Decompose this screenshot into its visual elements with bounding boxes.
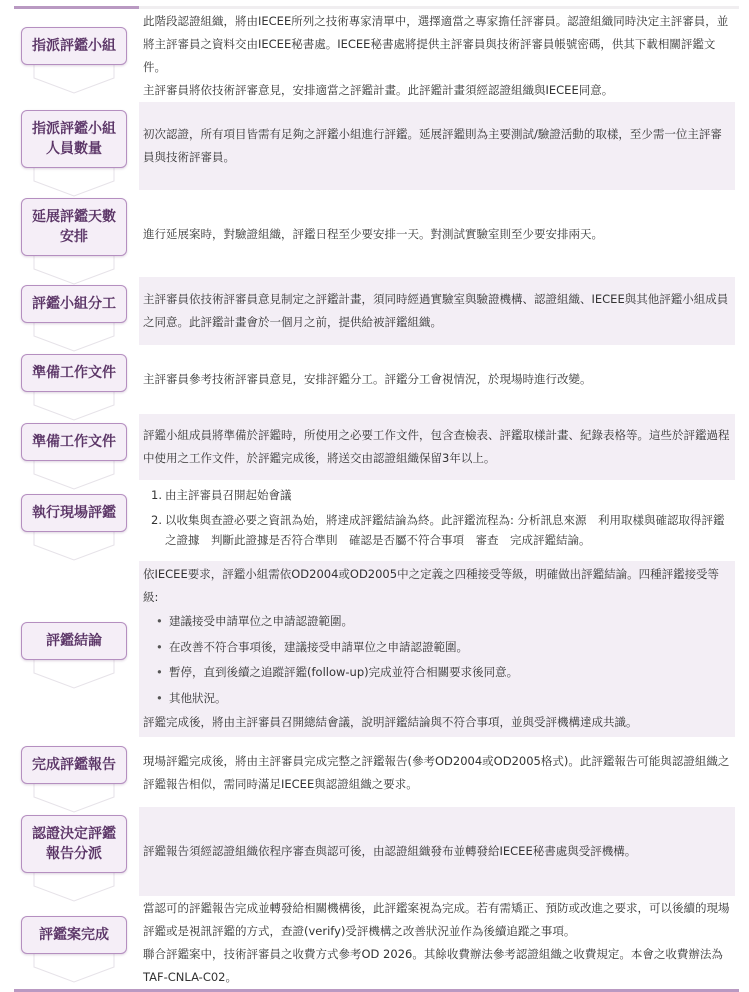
- list-item: 其他狀況。: [143, 686, 731, 712]
- paragraph: 主評審員將依技術評審意見，安排適當之評鑑計畫。此評鑑計畫須經認證組織與IECEE…: [143, 79, 731, 102]
- step-description: 1.由主評審員召開起始會議 2.以收集與查證必要之資訊為始，將達成評鑑結論為終。…: [139, 484, 735, 556]
- paragraph: 聯合評鑑案中，技術評審員之收費方式參考OD 2026。其餘收費辦法參考認證組織之…: [143, 943, 731, 989]
- step-description: 此階段認證組織，將由IECEE所列之技術專家清單中，選擇適當之專家擔任評審員。認…: [139, 10, 735, 98]
- paragraph: 進行延展案時，對驗證組織，評鑑日程至少要安排一天。對測試實驗室則至少要安排兩天。: [139, 223, 607, 246]
- list-item: 暫停，直到後續之追蹤評鑑(follow-up)完成並符合相關要求後同意。: [143, 660, 731, 686]
- step-label-team-division: 評鑑小組分工: [21, 285, 127, 323]
- paragraph: 初次認證，所有項目皆需有足夠之評鑑小組進行評鑑。延展評鑑則為主要測試/驗證活動的…: [139, 123, 735, 169]
- chevron-down-icon: [33, 391, 115, 421]
- step-label-extension-days: 延展評鑑天數安排: [21, 198, 127, 256]
- step-description: 當認可的評鑑報告完成並轉發給相關機構後，此評鑑案視為完成。若有需矯正、預防或改進…: [139, 897, 735, 987]
- step-label-team-size: 指派評鑑小組人員數量: [21, 110, 127, 168]
- step-label-onsite-assessment: 執行現場評鑑: [21, 494, 127, 532]
- step-description: 評鑑報告須經認證組織依程序審查與認可後，由認證組織發布並轉發給IECEE秘書處與…: [139, 807, 735, 896]
- step-label-conclusion: 評鑑結論: [21, 622, 127, 660]
- step-description: 初次認證，所有項目皆需有足夠之評鑑小組進行評鑑。延展評鑑則為主要測試/驗證活動的…: [139, 102, 735, 190]
- chevron-down-icon: [33, 783, 115, 813]
- paragraph: 依IECEE要求，評鑑小組需依OD2004或OD2005中之定義之四種接受等級，…: [143, 563, 731, 609]
- chevron-down-icon: [33, 872, 115, 902]
- step-label-decision-distribution: 認證決定評鑑報告分派: [21, 815, 127, 873]
- chevron-down-icon: [33, 460, 115, 490]
- step-label-complete-report: 完成評鑑報告: [21, 746, 127, 784]
- paragraph: 主評審員依技術評審員意見制定之評鑑計畫，須同時經過實驗室與驗證機構、認證組織、I…: [139, 288, 735, 334]
- step-description: 進行延展案時，對驗證組織，評鑑日程至少要安排一天。對測試實驗室則至少要安排兩天。: [139, 192, 735, 276]
- ordered-list: 1.由主評審員召開起始會議 2.以收集與查證必要之資訊為始，將達成評鑑結論為終。…: [139, 484, 735, 550]
- list-item: 建議接受申請單位之申請認證範圍。: [143, 609, 731, 635]
- list-item: 在改善不符合事項後，建議接受申請單位之申請認證範圍。: [143, 635, 731, 661]
- chevron-down-icon: [33, 531, 115, 561]
- top-divider: [14, 6, 739, 9]
- bullet-list: 建議接受申請單位之申請認證範圍。 在改善不符合事項後，建議接受申請單位之申請認證…: [143, 609, 731, 711]
- chevron-down-icon: [33, 659, 115, 689]
- step-description: 依IECEE要求，評鑑小組需依OD2004或OD2005中之定義之四種接受等級，…: [139, 561, 735, 737]
- paragraph: 當認可的評鑑報告完成並轉發給相關機構後，此評鑑案視為完成。若有需矯正、預防或改進…: [143, 897, 731, 943]
- step-label-assign-team: 指派評鑑小組: [21, 27, 127, 65]
- chevron-down-icon: [33, 255, 115, 285]
- paragraph: 此階段認證組織，將由IECEE所列之技術專家清單中，選擇適當之專家擔任評審員。認…: [143, 10, 731, 79]
- step-label-prepare-docs: 準備工作文件: [21, 354, 127, 392]
- top-divider-accent: [14, 6, 139, 9]
- paragraph: 評鑑報告須經認證組織依程序審查與認可後，由認證組織發布並轉發給IECEE秘書處與…: [139, 840, 640, 863]
- step-label-prepare-docs: 準備工作文件: [21, 423, 127, 461]
- paragraph: 現場評鑑完成後，將由主評審員完成完整之評鑑報告(參考OD2004或OD2005格…: [139, 750, 735, 796]
- paragraph: 評鑑小組成員將準備於評鑑時，所使用之必要工作文件，包含查檢表、評鑑取樣計畫、紀錄…: [139, 424, 735, 470]
- step-label-case-complete: 評鑑案完成: [21, 916, 127, 954]
- list-item: 2.以收集與查證必要之資訊為始，將達成評鑑結論為終。此評鑑流程為: 分析訊息來源…: [143, 510, 731, 550]
- step-description: 主評審員參考技術評審員意見，安排評鑑分工。評鑑分工會視情況，於現場時進行改變。: [139, 348, 735, 410]
- chevron-down-icon: [33, 953, 115, 983]
- step-description: 現場評鑑完成後，將由主評審員完成完整之評鑑報告(參考OD2004或OD2005格…: [139, 740, 735, 806]
- chevron-down-icon: [33, 322, 115, 352]
- paragraph: 主評審員參考技術評審員意見，安排評鑑分工。評鑑分工會視情況，於現場時進行改變。: [139, 368, 596, 391]
- chevron-down-icon: [33, 167, 115, 197]
- chevron-down-icon: [33, 64, 115, 94]
- step-description: 主評審員依技術評審員意見制定之評鑑計畫，須同時經過實驗室與驗證機構、認證組織、I…: [139, 277, 735, 345]
- step-description: 評鑑小組成員將準備於評鑑時，所使用之必要工作文件，包含查檢表、評鑑取樣計畫、紀錄…: [139, 414, 735, 480]
- list-item: 1.由主評審員召開起始會議: [143, 484, 731, 507]
- paragraph: 評鑑完成後，將由主評審員召開總結會議，說明評鑑結論與不符合事項，並與受評機構達成…: [143, 711, 731, 734]
